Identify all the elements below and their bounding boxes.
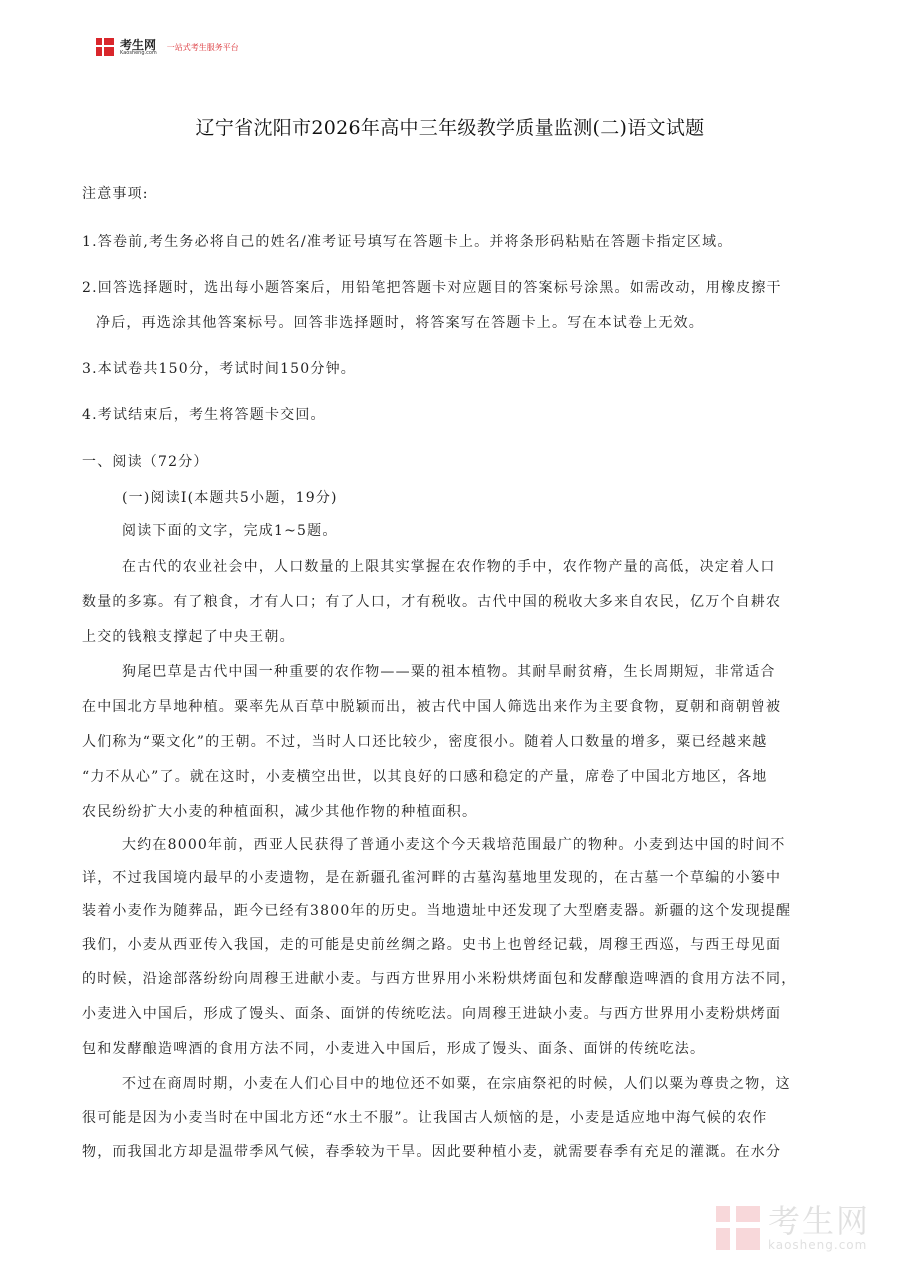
passage-line: 狗尾巴草是古代中国一种重要的农作物——粟的祖本植物。其耐旱耐贫瘠，生长周期短，非… bbox=[122, 661, 776, 681]
passage-line: 数量的多寡。有了粮食，才有人口；有了人口，才有税收。古代中国的税收大多来自农民，… bbox=[82, 591, 781, 611]
kaosheng-watermark-icon bbox=[716, 1206, 760, 1250]
notice-item-3: 3.本试卷共150分，考试时间150分钟。 bbox=[82, 358, 356, 378]
logo-slogan: 一站式考生服务平台 bbox=[167, 42, 239, 53]
passage-line: 在中国北方旱地种植。粟率先从百草中脱颖而出，被古代中国人筛选出来作为主要食物，夏… bbox=[82, 696, 781, 716]
passage-line: 在古代的农业社会中，人口数量的上限其实掌握在农作物的手中，农作物产量的高低，决定… bbox=[122, 556, 776, 576]
notice-heading: 注意事项: bbox=[82, 183, 149, 203]
passage-line: 的时候，沿途部落纷纷向周穆王进献小麦。与西方世界用小米粉烘烤面包和发酵酿造啤酒的… bbox=[82, 968, 796, 988]
notice-item-2: 2.回答选择题时，选出每小题答案后，用铅笔把答题卡对应题目的答案标号涂黑。如需改… bbox=[82, 277, 782, 297]
reading-instruction: 阅读下面的文字，完成1~5题。 bbox=[122, 520, 338, 540]
kaosheng-logo-icon bbox=[96, 38, 114, 56]
passage-line: 很可能是因为小麦当时在中国北方还“水土不服”。让我国古人烦恼的是，小麦是适应地中… bbox=[82, 1107, 768, 1127]
passage-line: 大约在8000年前，西亚人民获得了普通小麦这个今天栽培范围最广的物种。小麦到达中… bbox=[122, 834, 786, 854]
watermark-domain: kaosheng.com bbox=[768, 1239, 870, 1251]
watermark: 考生网 kaosheng.com bbox=[716, 1205, 870, 1251]
passage-line: “力不从心”了。就在这时，小麦横空出世，以其良好的口感和稳定的产量，席卷了中国北… bbox=[82, 766, 768, 786]
document-title: 辽宁省沈阳市2026年高中三年级教学质量监测(二)语文试题 bbox=[0, 113, 900, 140]
passage-line: 不过在商周时期，小麦在人们心目中的地位还不如粟，在宗庙祭祀的时候，人们以粟为尊贵… bbox=[122, 1073, 791, 1093]
header-logo[interactable]: 考生网 Kaosheng.com 一站式考生服务平台 bbox=[96, 38, 239, 56]
passage-line: 物，而我国北方却是温带季风气候，春季较为干旱。因此要种植小麦，就需要春季有充足的… bbox=[82, 1141, 781, 1161]
passage-line: 农民纷纷扩大小麦的种植面积，减少其他作物的种植面积。 bbox=[82, 801, 477, 821]
passage-line: 装着小麦作为随葬品，距今已经有3800年的历史。当地遗址中还发现了大型磨麦器。新… bbox=[82, 900, 791, 920]
logo-text: 考生网 Kaosheng.com bbox=[120, 39, 157, 56]
watermark-text: 考生网 kaosheng.com bbox=[768, 1205, 870, 1251]
notice-item-2-cont: 净后，再选涂其他答案标号。回答非选择题时，将答案写在答题卡上。写在本试卷上无效。 bbox=[96, 312, 704, 332]
passage-line: 小麦进入中国后，形成了馒头、面条、面饼的传统吃法。向周穆王进缺小麦。与西方世界用… bbox=[82, 1003, 781, 1023]
notice-item-1: 1.答卷前,考生务必将自己的姓名/准考证号填写在答题卡上。并将条形码粘贴在答题卡… bbox=[82, 231, 733, 251]
notice-item-4: 4.考试结束后，考生将答题卡交回。 bbox=[82, 404, 326, 424]
passage-line: 上交的钱粮支撑起了中央王朝。 bbox=[82, 626, 295, 646]
logo-name: 考生网 bbox=[120, 39, 157, 51]
subsection-heading: (一)阅读Ⅰ(本题共5小题，19分) bbox=[122, 487, 338, 507]
section-heading: 一、阅读（72分） bbox=[82, 451, 209, 471]
passage-line: 人们称为“粟文化”的王朝。不过，当时人口还比较少，密度很小。随着人口数量的增多，… bbox=[82, 731, 768, 751]
passage-line: 包和发酵酿造啤酒的食用方法不同，小麦进入中国后，形成了馒头、面条、面饼的传统吃法… bbox=[82, 1038, 705, 1058]
watermark-name: 考生网 bbox=[768, 1205, 870, 1237]
passage-line: 我们，小麦从西亚传入我国，走的可能是史前丝绸之路。史书上也曾经记载，周穆王西巡，… bbox=[82, 934, 781, 954]
passage-line: 详，不过我国境内最早的小麦遗物，是在新疆孔雀河畔的古墓沟墓地里发现的，在古墓一个… bbox=[82, 867, 781, 887]
logo-domain: Kaosheng.com bbox=[120, 51, 157, 56]
